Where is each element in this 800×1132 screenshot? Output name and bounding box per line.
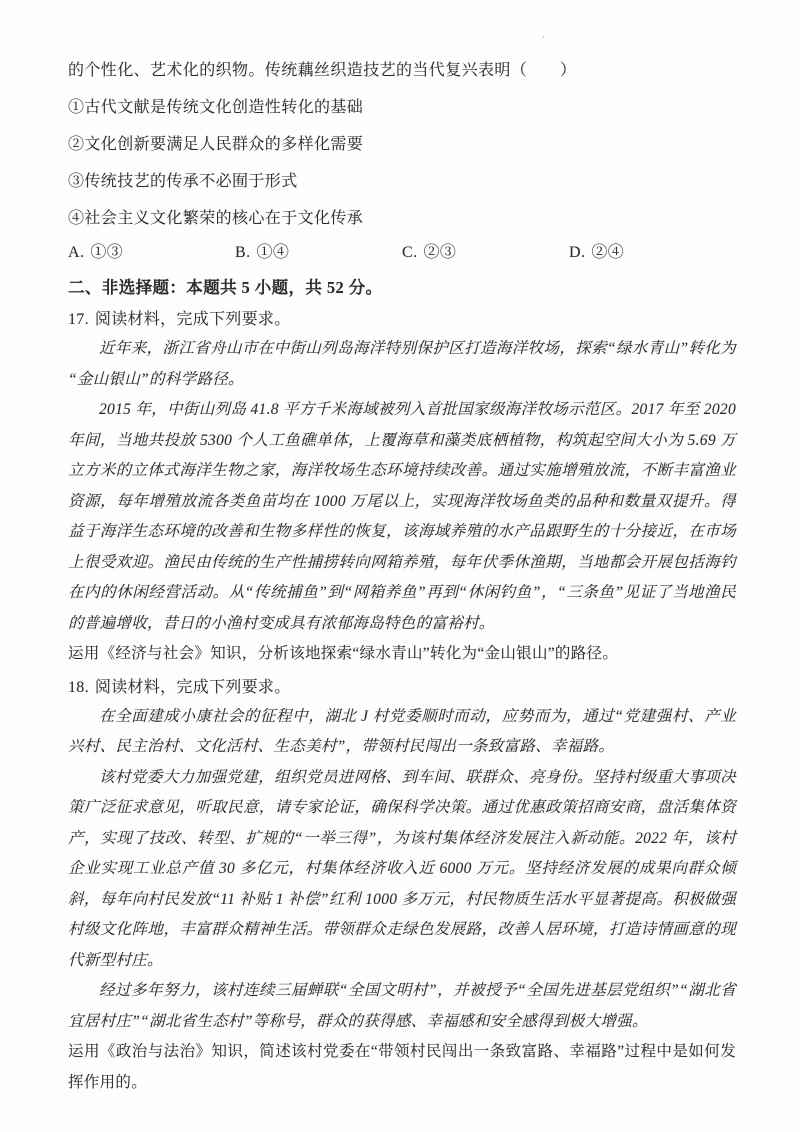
question-18-material-paragraph: 该村党委大力加强党建，组织党员进网格、到车间、联群众、亮身份。坚持村级重大事项决… (68, 763, 736, 977)
question-17-instruction: 阅读材料，完成下列要求。 (95, 311, 291, 328)
section-2-heading: 二、非选择题：本题共 5 小题，共 52 分。 (68, 273, 736, 302)
choice-a-label: A. (68, 244, 84, 261)
question-stem: 的个性化、艺术化的织物。传统藕丝织造技艺的当代复兴表明（ ） (68, 52, 736, 89)
page-content: 的个性化、艺术化的织物。传统藕丝织造技艺的当代复兴表明（ ） ①古代文献是传统文… (68, 52, 736, 1098)
choice-c-value: ②③ (423, 244, 456, 261)
choice-c-label: C. (402, 244, 417, 261)
question-18: 18.阅读材料，完成下列要求。 在全面建成小康社会的征程中，湖北 J 村党委顺时… (68, 673, 736, 1099)
question-18-number: 18. (68, 679, 89, 696)
question-16: 的个性化、艺术化的织物。传统藕丝织造技艺的当代复兴表明（ ） ①古代文献是传统文… (68, 52, 736, 268)
choice-b-value: ①④ (256, 244, 289, 261)
question-17-number: 17. (68, 311, 89, 328)
choice-d-value: ②④ (591, 244, 624, 261)
choice-b-label: B. (235, 244, 250, 261)
answer-choices-row: A.①③ B.①④ C.②③ D.②④ (68, 238, 736, 268)
option-statement-3: ③传统技艺的传承不必囿于形式 (68, 163, 736, 200)
choice-b: B.①④ (235, 238, 402, 268)
question-18-instruction: 阅读材料，完成下列要求。 (95, 679, 291, 696)
exam-page: · 的个性化、艺术化的织物。传统藕丝织造技艺的当代复兴表明（ ） ①古代文献是传… (0, 0, 800, 1132)
question-17-material-paragraph: 2015 年，中街山列岛 41.8 平方千米海域被列入首批国家级海洋牧场示范区。… (68, 395, 736, 639)
stray-scan-mark: · (542, 33, 545, 42)
question-17-task: 运用《经济与社会》知识，分析该地探索“绿水青山”转化为“金山银山”的路径。 (68, 639, 736, 670)
choice-c: C.②③ (402, 238, 569, 268)
option-statement-4: ④社会主义文化繁荣的核心在于文化传承 (68, 200, 736, 237)
question-17-material-paragraph: 近年来，浙江省舟山市在中街山列岛海洋特别保护区打造海洋牧场，探索“绿水青山”转化… (68, 334, 736, 395)
question-17-head: 17.阅读材料，完成下列要求。 (68, 305, 736, 334)
choice-d: D.②④ (569, 238, 736, 268)
question-18-material-paragraph: 经过多年努力，该村连续三届蝉联“全国文明村”，并被授予“全国先进基层党组织”“湖… (68, 976, 736, 1037)
choice-a-value: ①③ (90, 244, 123, 261)
choice-a: A.①③ (68, 238, 235, 268)
option-statement-1: ①古代文献是传统文化创造性转化的基础 (68, 89, 736, 126)
question-18-task: 运用《政治与法治》知识，简述该村党委在“带领村民闯出一条致富路、幸福路”过程中是… (68, 1037, 736, 1098)
choice-d-label: D. (569, 244, 585, 261)
question-18-head: 18.阅读材料，完成下列要求。 (68, 673, 736, 702)
question-18-material-paragraph: 在全面建成小康社会的征程中，湖北 J 村党委顺时而动，应势而为，通过“党建强村、… (68, 702, 736, 763)
question-17: 17.阅读材料，完成下列要求。 近年来，浙江省舟山市在中街山列岛海洋特别保护区打… (68, 305, 736, 670)
option-statement-2: ②文化创新要满足人民群众的多样化需要 (68, 126, 736, 163)
